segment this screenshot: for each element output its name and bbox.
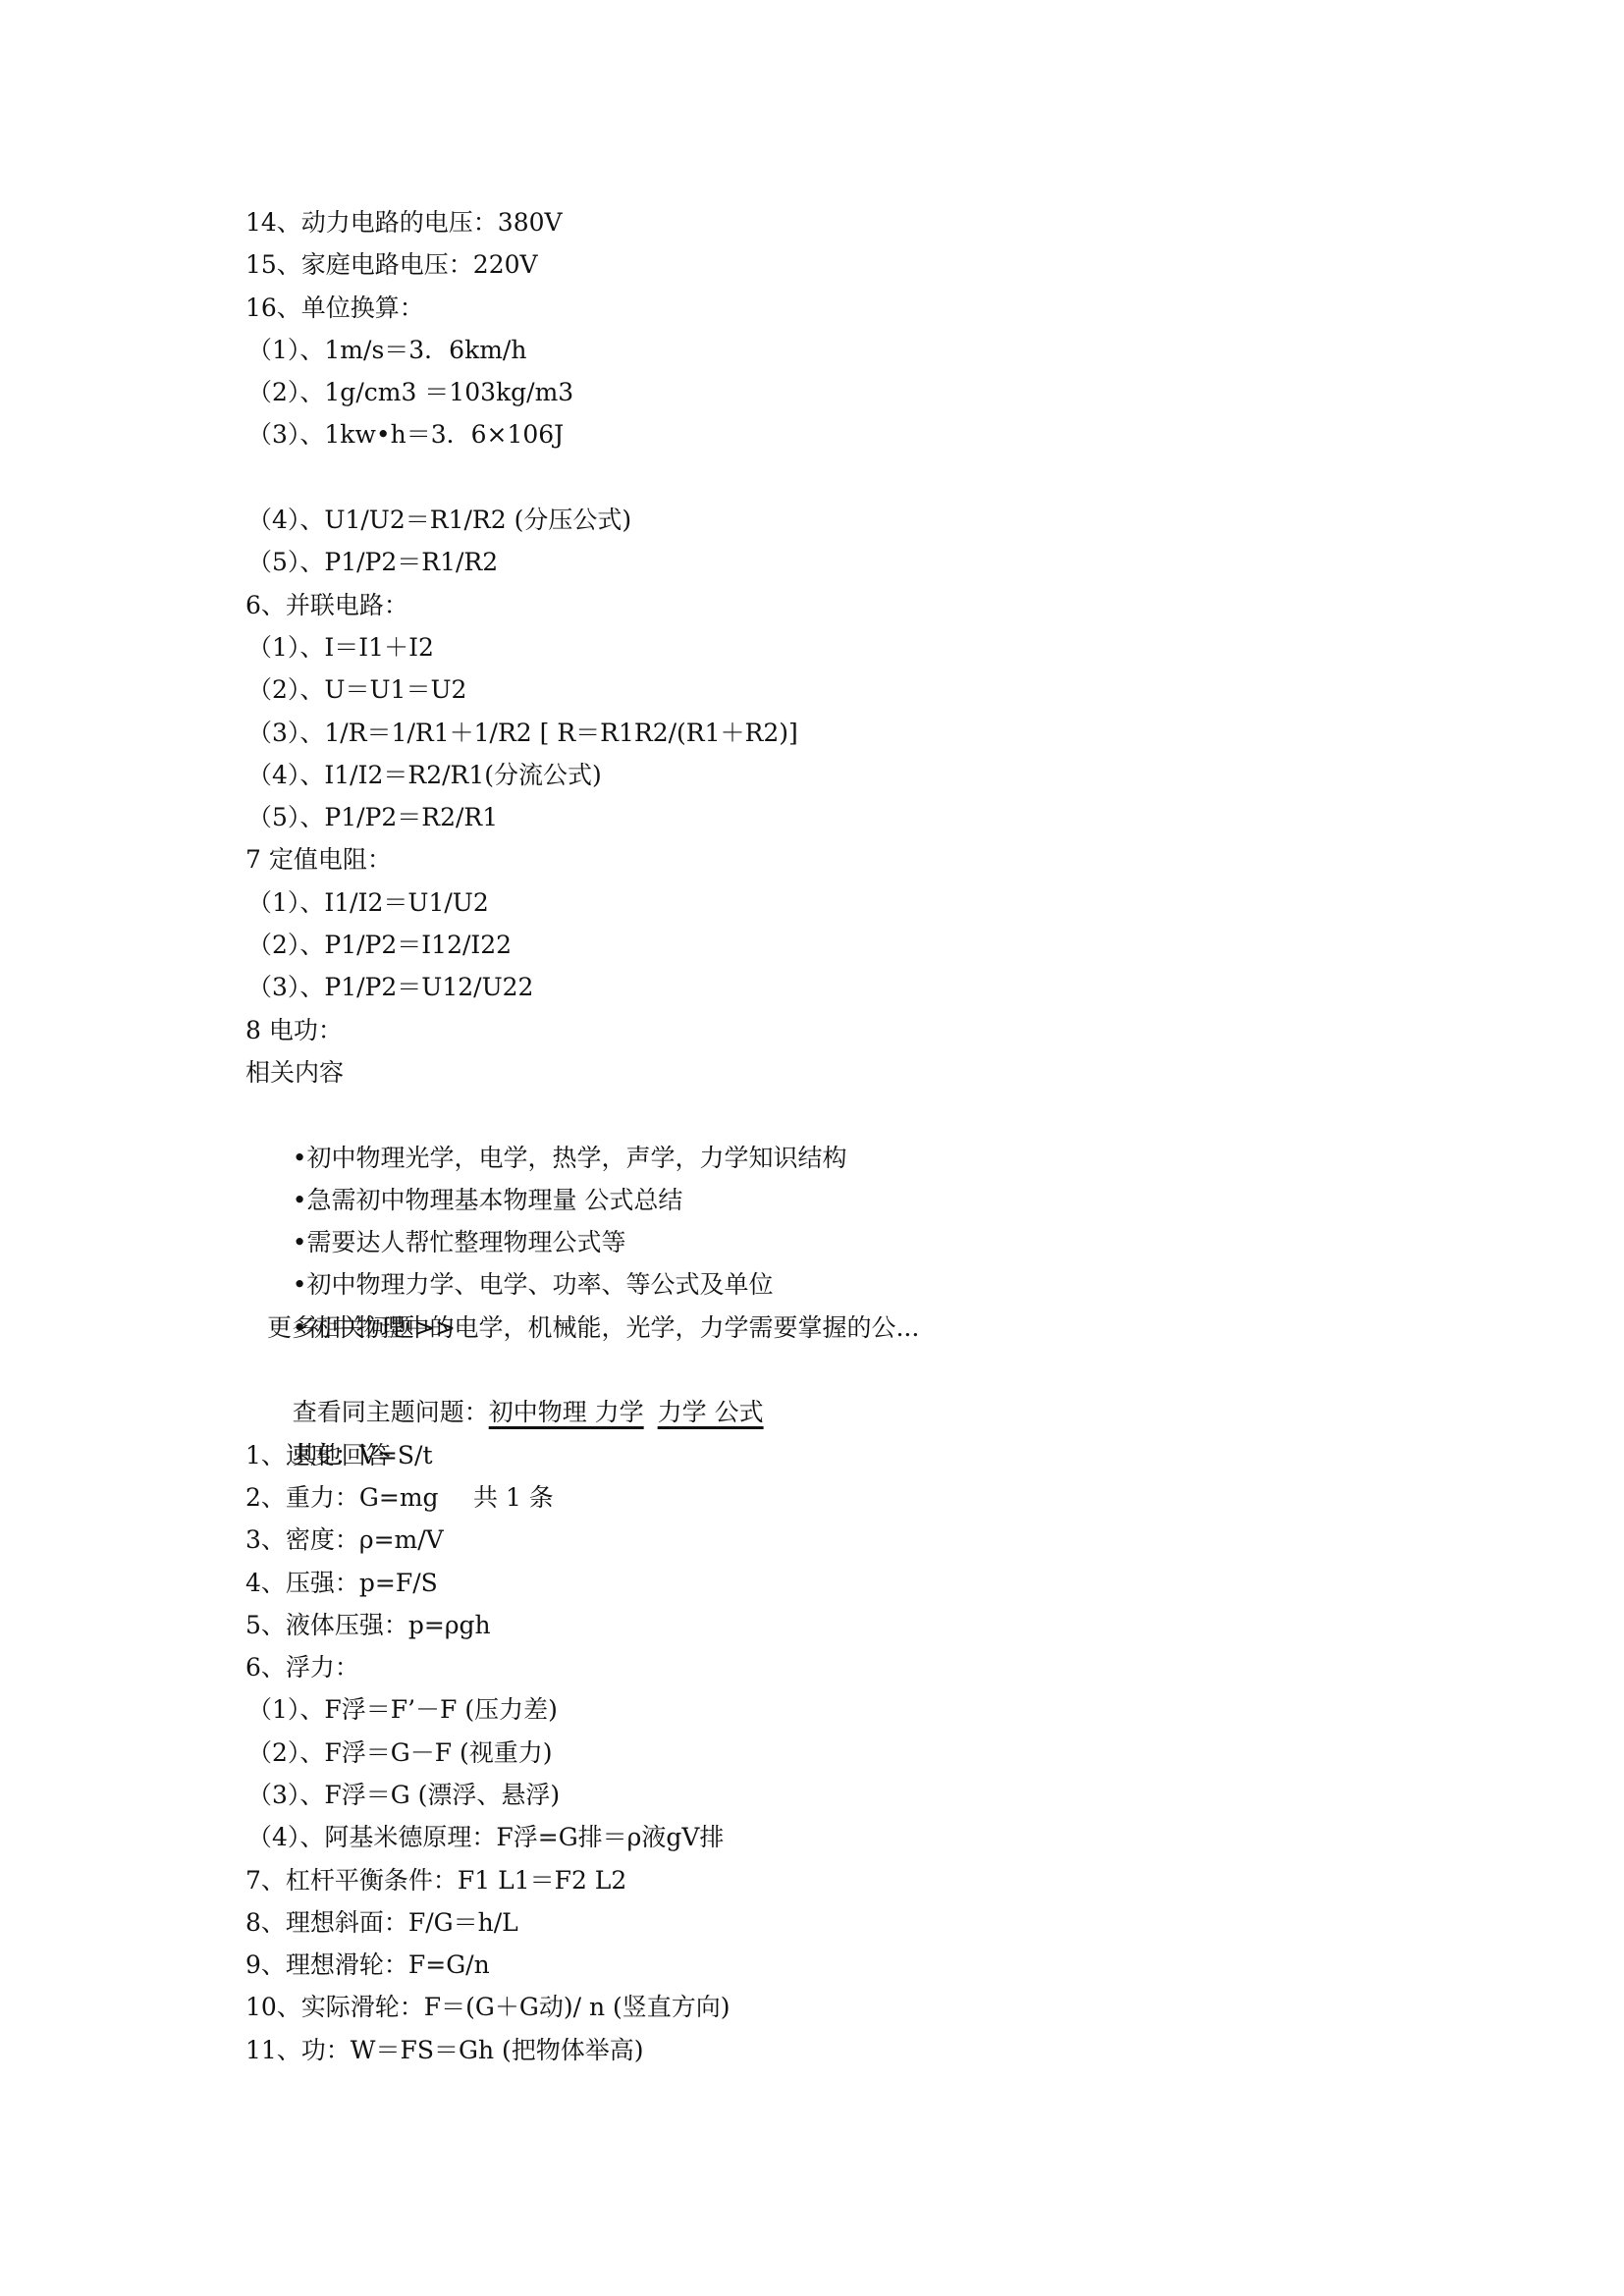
text-line: （4）、阿基米德原理：F浮=G排＝ρ液gV排 [245, 1816, 1424, 1858]
text-line: （1）、I＝I1＋I2 [245, 626, 1424, 668]
text-line: （4）、I1/I2＝R2/R1(分流公式) [245, 754, 1424, 796]
related-item-label[interactable]: 初中物理力学、电学、功率、等公式及单位 [306, 1270, 773, 1299]
text-line: （3）、P1/P2＝U12/U22 [245, 966, 1424, 1008]
text-line: 6、浮力： [245, 1646, 1424, 1688]
text-line: 7、杠杆平衡条件：F1 L1＝F2 L2 [245, 1859, 1424, 1901]
text-line: 5、液体压强：p=ρgh [245, 1604, 1424, 1646]
document-body: 14、动力电路的电压：380V 15、家庭电路电压：220V 16、单位换算： … [245, 201, 1424, 2071]
text-line: 4、压强：p=F/S [245, 1562, 1424, 1604]
text-line: （3）、F浮＝G (漂浮、悬浮) [245, 1774, 1424, 1816]
other-answers-row: 其他回答 共 1 条 [245, 1391, 1424, 1433]
text-line: 8 电功： [245, 1009, 1424, 1051]
text-line: 9、理想滑轮：F=G/n [245, 1944, 1424, 1986]
text-line: 7 定值电阻： [245, 838, 1424, 881]
text-line: （2）、U＝U1＝U2 [245, 668, 1424, 711]
text-line: （1）、I1/I2＝U1/U2 [245, 881, 1424, 924]
bullet-icon: • [293, 1270, 307, 1299]
text-line: （1）、F浮＝F’－F (压力差) [245, 1688, 1424, 1731]
text-line: 8、理想斜面：F/G＝h/L [245, 1901, 1424, 1944]
text-line: （2）、F浮＝G－F (视重力) [245, 1732, 1424, 1774]
document-page: 14、动力电路的电压：380V 15、家庭电路电压：220V 16、单位换算： … [0, 0, 1624, 2296]
text-line: 1、速度：V=S/t [245, 1434, 1424, 1476]
blank-line [245, 456, 1424, 499]
answer-count: 共 1 条 [473, 1476, 554, 1519]
text-line: （2）、1g/cm3 ＝103kg/m3 [245, 371, 1424, 413]
text-line: （2）、P1/P2＝I12/I22 [245, 924, 1424, 966]
related-item-label[interactable]: 需要达人帮忙整理物理公式等 [306, 1228, 625, 1256]
bullet-icon: • [293, 1186, 307, 1214]
text-line: 11、功：W＝FS＝Gh (把物体举高) [245, 2029, 1424, 2071]
text-line: 15、家庭电路电压：220V [245, 243, 1424, 286]
related-item-label[interactable]: 初中物理光学，电学，热学，声学，力学知识结构 [306, 1144, 846, 1172]
text-line: （5）、P1/P2＝R2/R1 [245, 796, 1424, 838]
related-heading: 相关内容 [245, 1051, 1424, 1094]
text-line: 10、实际滑轮：F＝(G＋G动)/ n (竖直方向) [245, 1986, 1424, 2028]
text-line: （3）、1kw•h＝3．6×106J [245, 413, 1424, 455]
bullet-icon: • [293, 1228, 307, 1256]
text-line: 14、动力电路的电压：380V [245, 201, 1424, 243]
same-topic-row: 查看同主题问题：初中物理 力学力学 公式 [245, 1349, 1424, 1391]
text-line: （1）、1m/s＝3．6km/h [245, 329, 1424, 371]
text-line: （4）、U1/U2＝R1/R2 (分压公式) [245, 499, 1424, 541]
text-line: 3、密度：ρ=m/V [245, 1519, 1424, 1561]
text-line: （3）、1/R＝1/R1＋1/R2 [ R＝R1R2/(R1＋R2)] [245, 712, 1424, 754]
text-line: 6、并联电路： [245, 584, 1424, 626]
text-line: 2、重力：G=mg [245, 1476, 1424, 1519]
related-item-label[interactable]: 急需初中物理基本物理量 公式总结 [306, 1186, 682, 1214]
related-item[interactable]: •初中物理光学，电学，热学，声学，力学知识结构 [245, 1094, 1424, 1136]
other-answers-label: 其他回答 [293, 1441, 391, 1469]
text-line: 16、单位换算： [245, 287, 1424, 329]
text-line: （5）、P1/P2＝R1/R2 [245, 541, 1424, 583]
bullet-icon: • [293, 1144, 307, 1172]
